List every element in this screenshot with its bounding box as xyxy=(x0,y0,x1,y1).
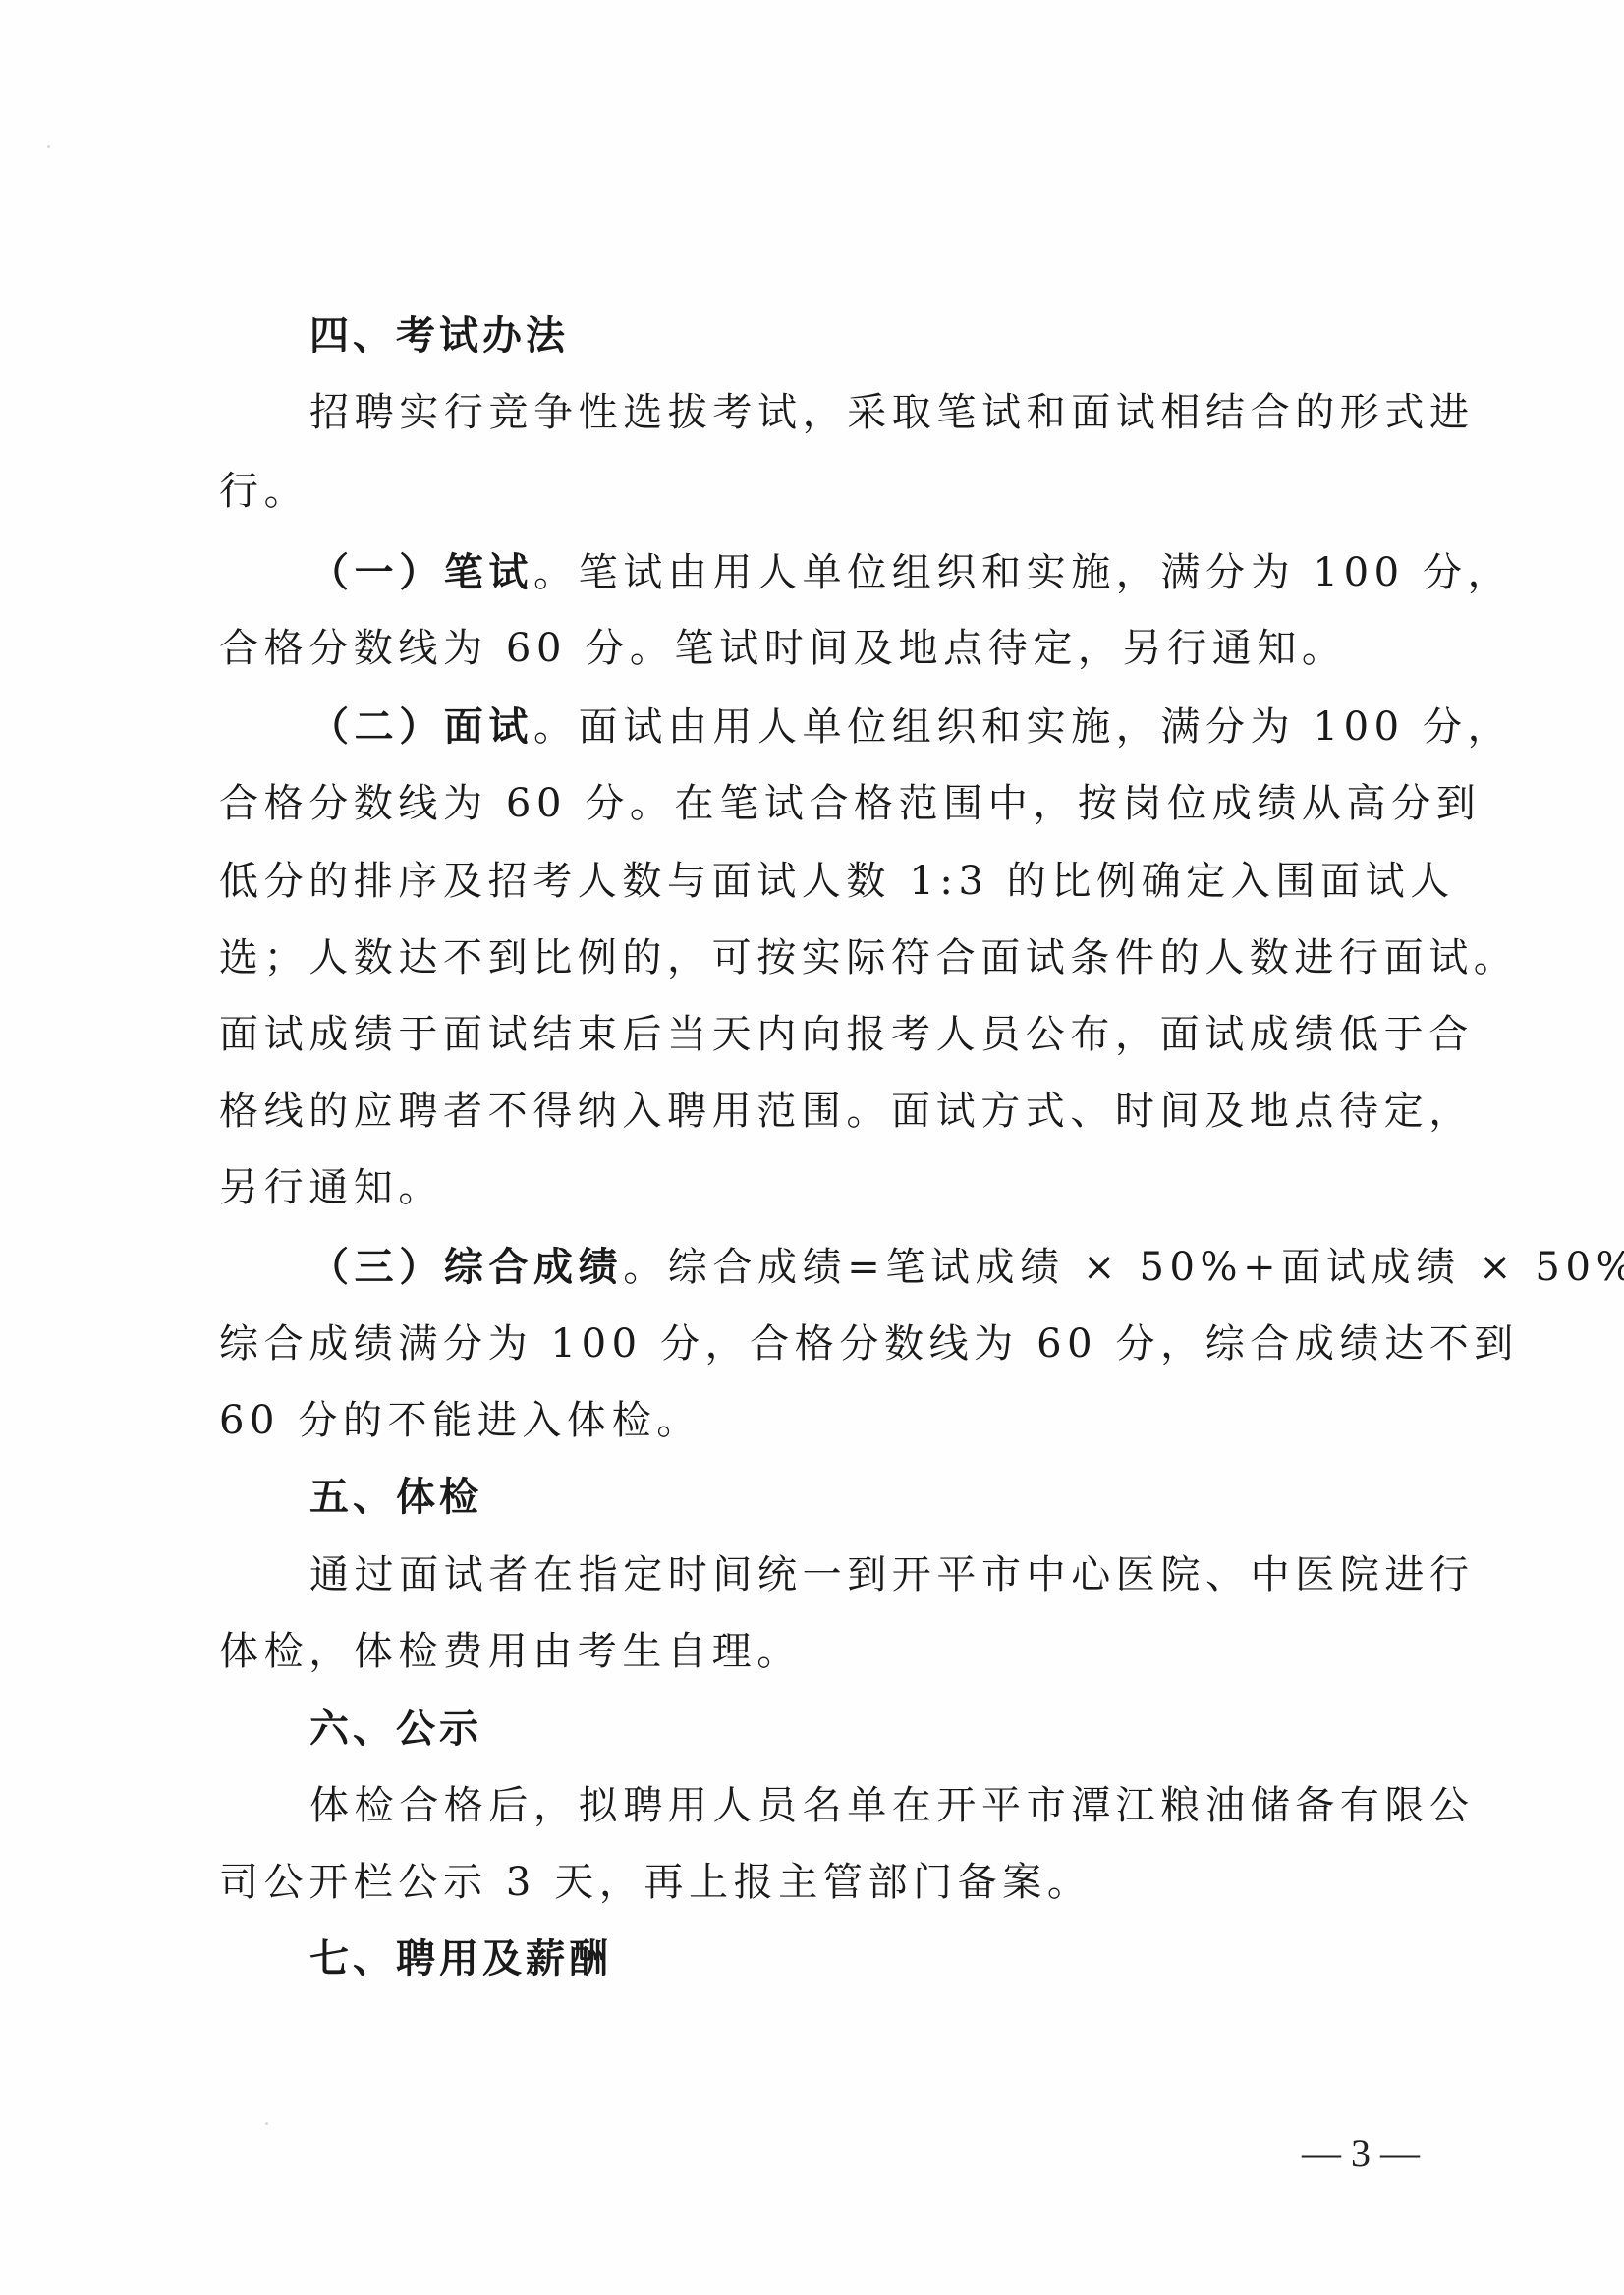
subsection-interview: （二）面试。面试由用人单位组织和实施，满分为 100 分， xyxy=(309,703,1528,751)
section-heading-physical-exam: 五、体检 xyxy=(309,1474,1528,1521)
paragraph-line: 合格分数线为 60 分。笔试时间及地点待定，另行通知。 xyxy=(219,625,1437,672)
page-number: — 3 — xyxy=(1287,2130,1434,2177)
subsection-title: （三）综合成绩 xyxy=(309,1245,623,1290)
paragraph-line: 体检，体检费用由考生自理。 xyxy=(219,1628,1437,1675)
paragraph-text: 。笔试由用人单位组织和实施，满分为 100 分， xyxy=(533,550,1512,595)
subsection-title: （二）面试 xyxy=(309,704,533,750)
paragraph-line: 低分的排序及招考人数与面试人数 1:3 的比例确定入围面试人 xyxy=(219,858,1437,905)
paragraph-line: 60 分的不能进入体检。 xyxy=(219,1397,1437,1444)
paragraph-line: 另行通知。 xyxy=(219,1164,1437,1211)
paragraph-line: 招聘实行竞争性选拔考试，采取笔试和面试相结合的形式进 xyxy=(309,389,1528,436)
paragraph-line: 司公开栏公示 3 天，再上报主管部门备案。 xyxy=(219,1859,1437,1906)
paragraph-line: 综合成绩满分为 100 分，合格分数线为 60 分，综合成绩达不到 xyxy=(219,1320,1437,1368)
subsection-written-exam: （一）笔试。笔试由用人单位组织和实施，满分为 100 分， xyxy=(309,549,1528,596)
section-heading-employment-salary: 七、聘用及薪酬 xyxy=(309,1935,1528,1983)
section-heading-public-notice: 六、公示 xyxy=(309,1706,1528,1753)
paragraph-line: 面试成绩于面试结束后当天内向报考人员公布，面试成绩低于合 xyxy=(219,1011,1437,1058)
paragraph-line: 行。 xyxy=(219,468,1437,515)
scan-artifact xyxy=(47,145,50,148)
subsection-combined-score: （三）综合成绩。综合成绩=笔试成绩 × 50%+面试成绩 × 50%， xyxy=(309,1244,1528,1291)
subsection-title: （一）笔试 xyxy=(309,550,533,595)
scan-artifact xyxy=(265,2122,268,2125)
paragraph-line: 选；人数达不到比例的，可按实际符合面试条件的人数进行面试。 xyxy=(219,934,1437,981)
section-heading-exam-method: 四、考试办法 xyxy=(309,312,1528,360)
paragraph-text: 。综合成绩=笔试成绩 × 50%+面试成绩 × 50%， xyxy=(623,1245,1624,1290)
paragraph-line: 合格分数线为 60 分。在笔试合格范围中，按岗位成绩从高分到 xyxy=(219,780,1437,827)
paragraph-line: 通过面试者在指定时间统一到开平市中心医院、中医院进行 xyxy=(309,1551,1528,1598)
paragraph-line: 体检合格后，拟聘用人员名单在开平市潭江粮油储备有限公 xyxy=(309,1782,1528,1829)
document-page: 四、考试办法 招聘实行竞争性选拔考试，采取笔试和面试相结合的形式进 行。 （一）… xyxy=(0,0,1624,2295)
paragraph-text: 。面试由用人单位组织和实施，满分为 100 分， xyxy=(533,704,1512,750)
paragraph-line: 格线的应聘者不得纳入聘用范围。面试方式、时间及地点待定， xyxy=(219,1088,1437,1135)
